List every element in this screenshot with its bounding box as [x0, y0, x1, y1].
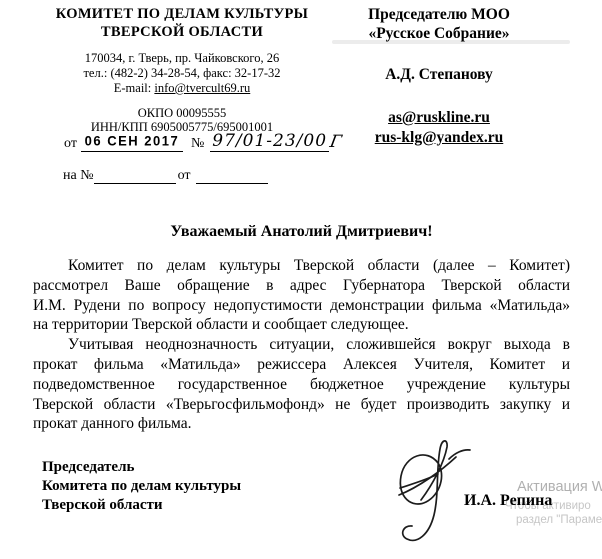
addressee-email-2: rus-klg@yandex.ru	[348, 128, 530, 148]
signer-title-block: Председатель Комитета по делам культуры …	[42, 458, 241, 515]
org-email-line: E-mail: info@tvercult69.ru	[36, 81, 328, 96]
org-codes: ОКПО 00095555 ИНН/КПП 6905005775/6950010…	[36, 106, 328, 134]
addressee-emails: as@ruskline.ru rus-klg@yandex.ru	[348, 108, 530, 148]
windows-activation-watermark-line3: раздел "Параме	[516, 514, 602, 526]
para1-line: Комитет по делам культуры Тверской облас…	[33, 256, 570, 276]
org-contact-info: 170034, г. Тверь, пр. Чайковского, 26 те…	[36, 51, 328, 96]
org-name-line1: КОМИТЕТ ПО ДЕЛАМ КУЛЬТУРЫ	[36, 5, 328, 23]
org-name: КОМИТЕТ ПО ДЕЛАМ КУЛЬТУРЫ ТВЕРСКОЙ ОБЛАС…	[36, 5, 328, 41]
signer-title-line2: Комитета по делам культуры	[42, 477, 241, 496]
outgoing-number-field: 97/01-23/00	[210, 131, 329, 152]
date-stamp: 06 СЕН 2017	[85, 132, 180, 148]
para1-line: на территории Тверской области и сообщае…	[33, 315, 570, 335]
org-okpo: ОКПО 00095555	[36, 106, 328, 120]
signer-title-line3: Тверской области	[42, 496, 241, 515]
org-email: info@tvercult69.ru	[154, 81, 250, 95]
org-phone-fax: тел.: (482-2) 34-28-54, факс: 32-17-32	[36, 66, 328, 81]
outgoing-number: 97/01-23/00	[212, 131, 327, 151]
handwritten-signature	[392, 436, 474, 552]
para2-line: подведомственное государственное бюджетн…	[33, 375, 570, 395]
signer-title-line1: Председатель	[42, 458, 241, 477]
para1-line: рассмотрел Ваше обращение в адрес Губерн…	[33, 276, 570, 296]
ref-date-number-line: от 06 СЕН 2017 № 97/01-23/00 Г	[64, 131, 342, 152]
addressee-email-1: as@ruskline.ru	[348, 108, 530, 128]
org-header: КОМИТЕТ ПО ДЕЛАМ КУЛЬТУРЫ ТВЕРСКОЙ ОБЛАС…	[36, 5, 328, 134]
date-stamp-field: 06 СЕН 2017	[81, 133, 183, 152]
addressee-block: Председателю МОО «Русское Собрание» А.Д.…	[348, 5, 530, 148]
ref-from-label: от	[64, 136, 77, 152]
para2-line: прокат данного фильма.	[33, 414, 570, 434]
para2-line: прокат фильма «Матильда» режиссера Алекс…	[33, 355, 570, 375]
reply-from-label: от	[178, 168, 191, 184]
reply-number-blank	[94, 168, 176, 184]
signer-name: И.А. Репина	[464, 492, 552, 510]
para2-line: Тверской области «Тверьгосфильмофонд» не…	[33, 395, 570, 415]
ref-reply-line: на № от	[63, 168, 268, 184]
outgoing-number-suffix: Г	[328, 132, 344, 152]
addressee-org-line1: Председателю МОО	[348, 5, 530, 24]
reply-number-label: на №	[63, 168, 94, 184]
para1-line: И.М. Рудени по вопросу недопустимости де…	[33, 296, 570, 316]
letter-body: Комитет по делам культуры Тверской облас…	[33, 256, 570, 434]
reply-date-blank	[196, 168, 268, 184]
org-name-line2: ТВЕРСКОЙ ОБЛАСТИ	[36, 23, 328, 41]
number-sign: №	[191, 136, 204, 152]
addressee-name: А.Д. Степанову	[348, 65, 530, 84]
addressee-org-line2: «Русское Собрание»	[348, 24, 530, 43]
org-address: 170034, г. Тверь, пр. Чайковского, 26	[36, 51, 328, 66]
para2-line: Учитывая неоднозначность ситуации, сложи…	[33, 335, 570, 355]
scanned-letter-page: КОМИТЕТ ПО ДЕЛАМ КУЛЬТУРЫ ТВЕРСКОЙ ОБЛАС…	[0, 0, 602, 559]
salutation: Уважаемый Анатолий Дмитриевич!	[33, 223, 570, 241]
org-email-label: E-mail:	[114, 81, 152, 95]
